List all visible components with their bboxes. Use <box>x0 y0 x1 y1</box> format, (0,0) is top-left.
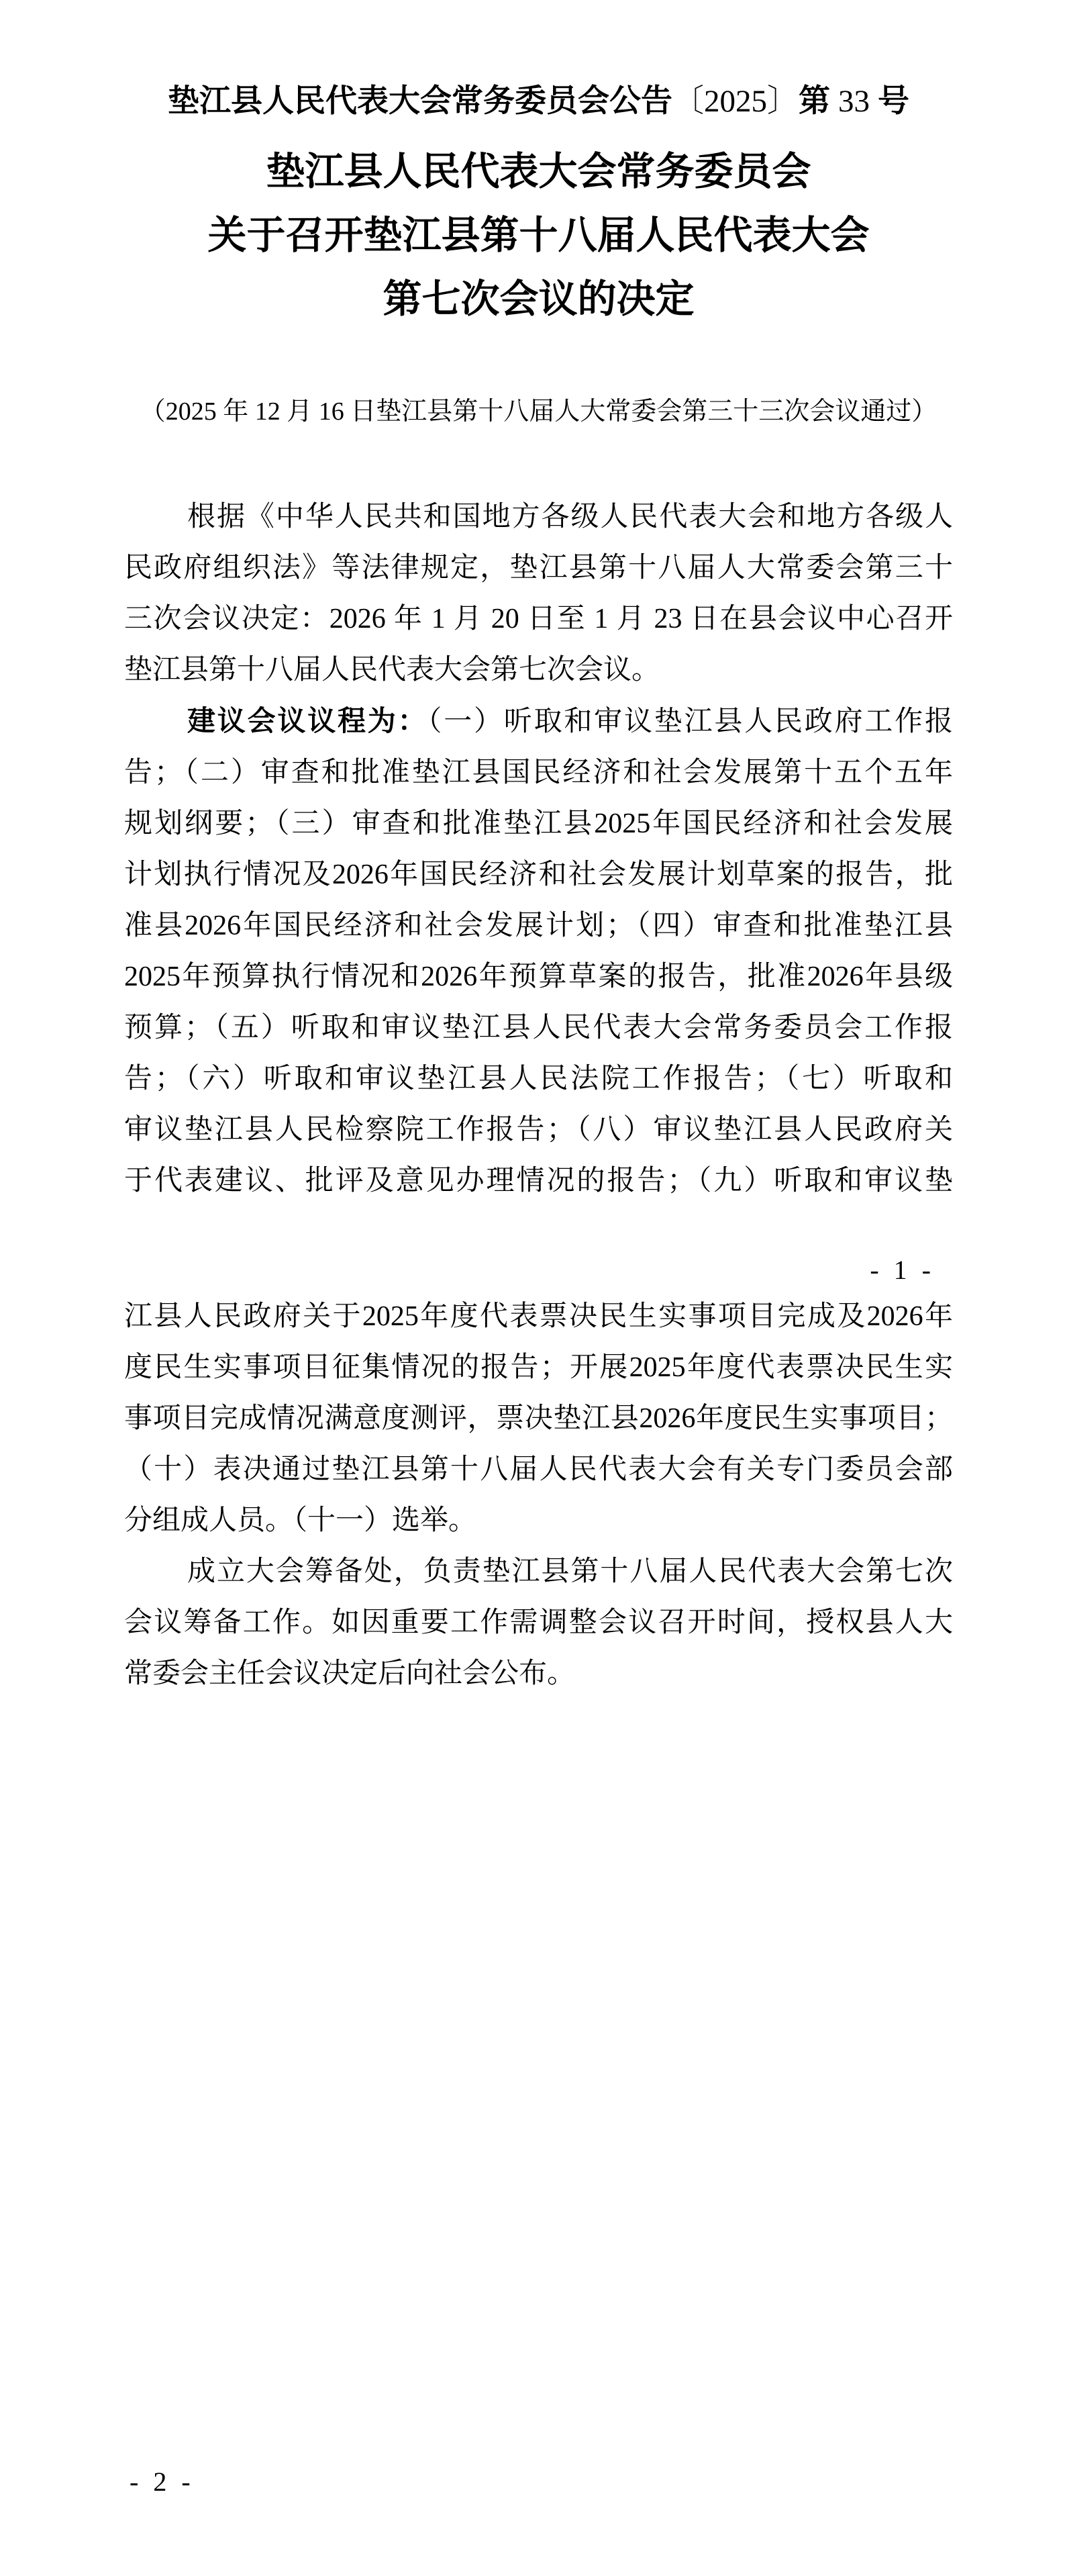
title-line-1: 垫江县人民代表大会常务委员会 <box>124 140 953 203</box>
title-line-3: 第七次会议的决定 <box>124 267 953 331</box>
body-line: 准县2026年国民经济和社会发展计划；（四）审查和批准垫江县 <box>124 900 953 951</box>
body-line: 于代表建议、批评及意见办理情况的报告；（九）听取和审议垫 <box>124 1155 953 1206</box>
page-2-number: - 2 - <box>130 2467 195 2497</box>
notice-year-bracket: 〔2025〕 <box>672 84 799 119</box>
document-page: 垫江县人民代表大会常务委员会公告〔2025〕第33号 垫江县人民代表大会常务委员… <box>0 0 1065 2576</box>
agenda-lead-bold: 建议会议议程为： <box>187 705 427 736</box>
body-line: 审议垫江县人民检察院工作报告；（八）审议垫江县人民政府关 <box>124 1104 953 1155</box>
body-line: （十）表决通过垫江县第十八届人民代表大会有关专门委员会部 <box>124 1444 953 1495</box>
body-text-page-1: 根据《中华人民共和国地方各级人民代表大会和地方各级人 民政府组织法》等法律规定，… <box>124 491 953 1206</box>
document-title: 垫江县人民代表大会常务委员会 关于召开垫江县第十八届人民代表大会 第七次会议的决… <box>124 140 953 331</box>
body-line: 分组成人员。（十一）选举。 <box>124 1495 953 1546</box>
body-line: 常委会主任会议决定后向社会公布。 <box>124 1648 953 1699</box>
body-line: 计划执行情况及2026年国民经济和社会发展计划草案的报告，批 <box>124 849 953 900</box>
body-text-page-2: 江县人民政府关于2025年度代表票决民生实事项目完成及2026年 度民生实事项目… <box>124 1291 953 1699</box>
body-line: 垫江县第十八届人民代表大会第七次会议。 <box>124 645 953 696</box>
body-line: 预算；（五）听取和审议垫江县人民代表大会常务委员会工作报 <box>124 1002 953 1053</box>
body-line: 事项目完成情况满意度测评，票决垫江县2026年度民生实事项目； <box>124 1393 953 1444</box>
notice-number-value: 33 <box>838 84 870 119</box>
body-line: 规划纲要；（三）审查和批准垫江县2025年国民经济和社会发展 <box>124 798 953 849</box>
body-line: 成立大会筹备处，负责垫江县第十八届人民代表大会第七次 <box>124 1546 953 1597</box>
notice-number-line: 垫江县人民代表大会常务委员会公告〔2025〕第33号 <box>124 79 953 123</box>
title-line-2: 关于召开垫江县第十八届人民代表大会 <box>124 203 953 267</box>
notice-agency-text: 垫江县人民代表大会常务委员会公告 <box>168 83 672 118</box>
body-line: 根据《中华人民共和国地方各级人民代表大会和地方各级人 <box>124 491 953 542</box>
body-line: 告；（六）听取和审议垫江县人民法院工作报告；（七）听取和 <box>124 1053 953 1104</box>
notice-hao-char: 号 <box>878 83 909 118</box>
agenda-line-rest: （一）听取和审议垫江县人民政府工作报 <box>427 706 953 737</box>
page-1-number: - 1 - <box>870 1255 935 1286</box>
body-line: 建议会议议程为：（一）听取和审议垫江县人民政府工作报 <box>124 696 953 747</box>
body-line: 江县人民政府关于2025年度代表票决民生实事项目完成及2026年 <box>124 1291 953 1342</box>
body-line: 告；（二）审查和批准垫江县国民经济和社会发展第十五个五年 <box>124 747 953 798</box>
body-line: 度民生实事项目征集情况的报告；开展2025年度代表票决民生实 <box>124 1342 953 1393</box>
body-line: 会议筹备工作。如因重要工作需调整会议召开时间，授权县人大 <box>124 1597 953 1648</box>
body-line: 民政府组织法》等法律规定，垫江县第十八届人大常委会第三十 <box>124 542 953 593</box>
body-line: 2025年预算执行情况和2026年预算草案的报告，批准2026年县级 <box>124 951 953 1002</box>
date-note-line: （2025 年 12 月 16 日垫江县第十八届人大常委会第三十三次会议通过） <box>124 395 953 428</box>
notice-di-char: 第 <box>799 83 830 118</box>
body-line: 三次会议决定：2026 年 1 月 20 日至 1 月 23 日在县会议中心召开 <box>124 593 953 645</box>
